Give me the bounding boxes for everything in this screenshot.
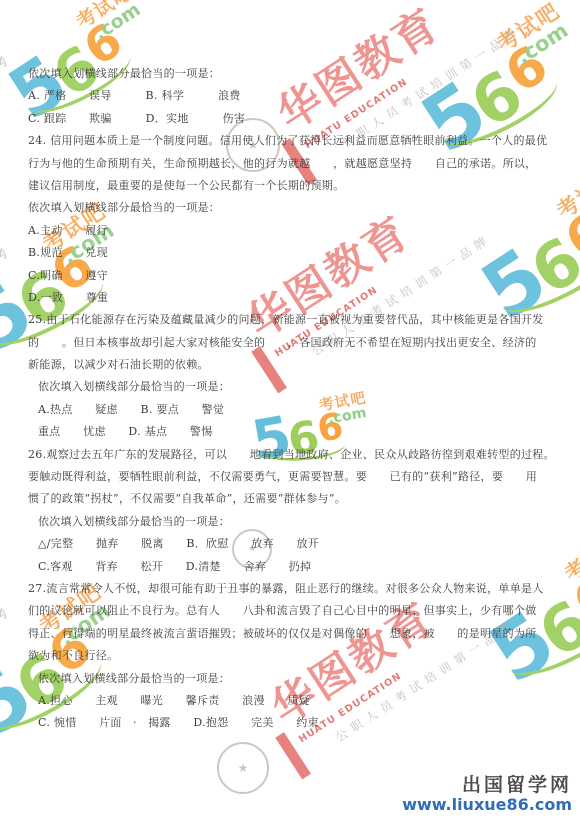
text-line: 依次填入划横线部分最恰当的一项是： — [28, 668, 558, 690]
text-line: C. 跟踪 欺骗 D．实地 伤害 — [28, 108, 558, 130]
edge-watermark-fragment: 考 — [0, 604, 11, 625]
document-body: 依次填入划横线部分最恰当的一项是：A. 严格 误导 B. 科学 浪费C. 跟踪 … — [28, 63, 558, 735]
text-line: A.主动 履行 — [28, 220, 558, 242]
text-line: 欲为和不良行径。 — [28, 645, 558, 667]
text-line: 依次填入划横线部分最恰当的一项是： — [28, 511, 558, 533]
text-line: 新能源，以减少对石油长期的依赖。 — [28, 354, 558, 376]
text-line: A. 严格 误导 B. 科学 浪费 — [28, 85, 558, 107]
exam566-kaoshiba-label: 考试吧 — [558, 524, 580, 588]
text-line: 依次填入划横线部分最恰当的一项是： — [28, 376, 558, 398]
text-line: 25.由于石化能源存在污染及蕴藏量减少的问题，新能源一直被视为重要替代品，其中核… — [28, 309, 558, 331]
text-line: 依次填入划横线部分最恰当的一项是： — [28, 63, 558, 85]
text-line: C.客观 背弃 松开 D.清楚 舍弃 扔掉 — [28, 556, 558, 578]
text-line: 重点 忧虑 D. 基点 警惕 — [28, 421, 558, 443]
seal-star-icon: ★ — [238, 761, 249, 775]
seal-stamp: ★ — [217, 742, 269, 794]
text-line: 的 。但日本核事故却引起大家对核能安全的 ，各国政府无不希望在短期内找出更安全、… — [28, 332, 558, 354]
footer-site-url: www.liuxue86.com — [402, 796, 572, 814]
text-line: A.热点 疑虑 B. 要点 警觉 — [28, 399, 558, 421]
text-line: 27.流言常常令人不悦，却很可能有助于丑事的暴露，阻止恶行的继续。对很多公众人物… — [28, 578, 558, 600]
text-line: 依次填入划横线部分最恰当的一项是： — [28, 197, 558, 219]
text-line: B.规范 兑现 — [28, 242, 558, 264]
text-line: △/完整 抛弃 脱离 B．欣慰 放弃 放开 — [28, 533, 558, 555]
text-line: 惯了的政策“拐杖”，不仅需要“自我革命”，还需要“群体参与”。 — [28, 488, 558, 510]
text-line: 要触动既得利益，要牺牲眼前利益，不仅需要勇气，更需要智慧。要 已有的“获利”路径… — [28, 466, 558, 488]
text-line: C. 惋惜 片面 · 揭露 D.抱怨 完美 约束 — [28, 712, 558, 734]
text-line: D.一致 尊重 — [28, 287, 558, 309]
text-line: 24. 信用问题本质上是一个制度问题。信用使人们为了获得长远利益而愿意牺牲眼前利… — [28, 130, 558, 152]
text-line: C.明确 遵守 — [28, 265, 558, 287]
text-line: A.担心 主观 曝光 馨斥责 浪漫 质疑 — [28, 690, 558, 712]
text-line: 行为与他的生命预期有关，生命预期越长，他的行为就越 ，就越愿意坚持 自己的承诺。… — [28, 153, 558, 175]
text-line: 26.观察过去五年广东的发展路径，可以 地看到当地政府、企业、民众从歧路彷徨到艰… — [28, 444, 558, 466]
text-line: 建议信用制度，最重要的是使每一个公民都有一个长期的预期。 — [28, 175, 558, 197]
text-line: 得正、行得端的明星最终被流言蜚语摧毁；被破坏的仅仅是对偶像的 想象，被 的是明星… — [28, 623, 558, 645]
footer-branding: 出国留学网 www.liuxue86.com — [402, 775, 572, 814]
text-line: 们的议论就可以阻止不良行为。总有人 八卦和流言毁了自己心目中的明星，但事实上，少… — [28, 600, 558, 622]
footer-site-name: 出国留学网 — [402, 775, 572, 796]
